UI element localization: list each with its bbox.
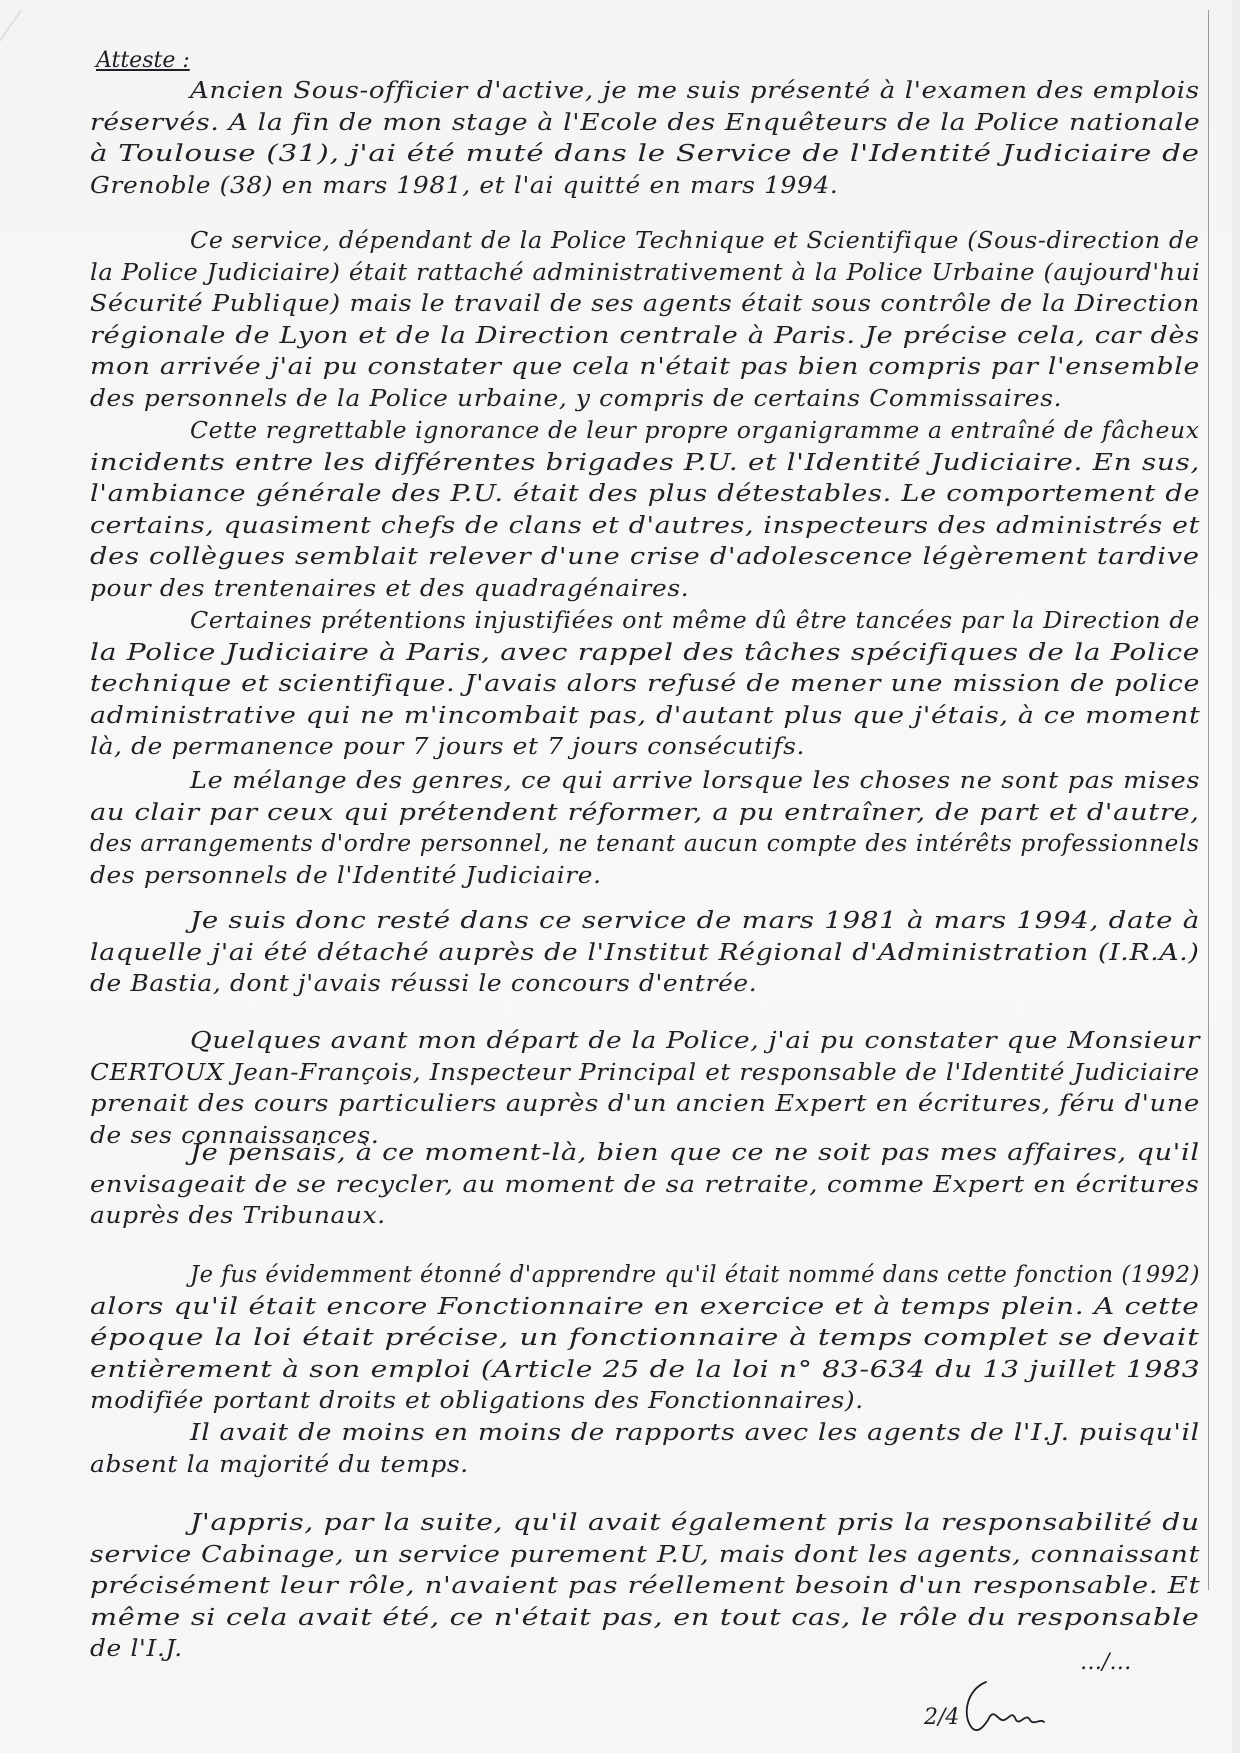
handwritten-line: Certaines prétentions injustifiées ont m… <box>190 608 1200 634</box>
handwritten-line: entièrement à son emploi (Article 25 de … <box>90 1357 1200 1383</box>
handwritten-line: à Toulouse (31), j'ai été muté dans le S… <box>90 141 1200 167</box>
handwritten-line: des collègues semblait relever d'une cri… <box>90 544 1200 570</box>
page-number: 2/4 <box>924 1705 959 1730</box>
handwritten-line: envisageait de se recycler, au moment de… <box>90 1172 1200 1198</box>
handwritten-line: prenait des cours particuliers auprès d'… <box>90 1091 1200 1117</box>
heading: Atteste : <box>96 48 190 73</box>
handwritten-line: même si cela avait été, ce n'était pas, … <box>90 1605 1200 1631</box>
document-page: Atteste : Ancien Sous-officier d'active,… <box>0 0 1240 1753</box>
handwritten-line: la Police Judiciaire) était rattaché adm… <box>90 260 1200 286</box>
handwritten-line: alors qu'il était encore Fonctionnaire e… <box>90 1294 1200 1320</box>
handwritten-line: absent la majorité du temps. <box>90 1452 469 1478</box>
handwritten-line: certains, quasiment chefs de clans et d'… <box>90 513 1200 539</box>
handwritten-line: Cette regrettable ignorance de leur prop… <box>190 418 1200 444</box>
handwritten-line: mon arrivée j'ai pu constater que cela n… <box>90 354 1200 380</box>
handwritten-line: service Cabinage, un service purement P.… <box>90 1542 1200 1568</box>
handwritten-line: des personnels de l'Identité Judiciaire. <box>90 863 602 889</box>
handwritten-line: CERTOUX Jean-François, Inspecteur Princi… <box>90 1060 1200 1086</box>
margin-rule <box>1208 10 1209 1590</box>
continuation-mark: …/… <box>1080 1650 1131 1675</box>
handwritten-line: de Bastia, dont j'avais réussi le concou… <box>90 971 757 997</box>
handwritten-line: régionale de Lyon et de la Direction cen… <box>90 323 1200 349</box>
handwritten-line: précisément leur rôle, n'avaient pas rée… <box>90 1573 1200 1599</box>
handwritten-line: J'appris, par la suite, qu'il avait égal… <box>190 1510 1200 1536</box>
handwritten-line: réservés. A la fin de mon stage à l'Ecol… <box>90 110 1200 136</box>
paper-crease <box>0 10 22 85</box>
handwritten-line: Ce service, dépendant de la Police Techn… <box>190 228 1200 254</box>
handwritten-line: Je fus évidemment étonné d'apprendre qu'… <box>190 1262 1200 1288</box>
handwritten-line: des arrangements d'ordre personnel, ne t… <box>90 831 1200 857</box>
handwritten-line: Il avait de moins en moins de rapports a… <box>190 1420 1200 1446</box>
handwritten-line: Quelques avant mon départ de la Police, … <box>190 1028 1200 1054</box>
handwritten-line: laquelle j'ai été détaché auprès de l'In… <box>90 940 1200 966</box>
handwritten-line: auprès des Tribunaux. <box>90 1203 386 1229</box>
handwritten-line: là, de permanence pour 7 jours et 7 jour… <box>90 734 805 760</box>
handwritten-line: Je pensais, à ce moment-là, bien que ce … <box>190 1140 1200 1166</box>
page-edge <box>1232 0 1240 1753</box>
handwritten-line: administrative qui ne m'incombait pas, d… <box>90 703 1200 729</box>
handwritten-line: la Police Judiciaire à Paris, avec rappe… <box>90 640 1200 666</box>
handwritten-line: Grenoble (38) en mars 1981, et l'ai quit… <box>90 173 838 199</box>
handwritten-line: de l'I.J. <box>90 1636 183 1662</box>
handwritten-line: pour des trentenaires et des quadragénai… <box>90 576 689 602</box>
handwritten-line: des personnels de la Police urbaine, y c… <box>90 386 1062 412</box>
handwritten-line: incidents entre les différentes brigades… <box>90 450 1200 476</box>
handwritten-line: l'ambiance générale des P.U. était des p… <box>90 481 1200 507</box>
handwritten-line: Le mélange des genres, ce qui arrive lor… <box>190 768 1200 794</box>
handwritten-line: époque la loi était précise, un fonction… <box>90 1325 1200 1351</box>
handwritten-line: technique et scientifique. J'avais alors… <box>90 671 1200 697</box>
signature <box>958 1676 1048 1734</box>
handwritten-line: Je suis donc resté dans ce service de ma… <box>190 908 1200 934</box>
handwritten-line: Sécurité Publique) mais le travail de se… <box>90 291 1200 317</box>
heading-text: Atteste : <box>96 48 190 73</box>
handwritten-line: modifiée portant droits et obligations d… <box>90 1388 864 1414</box>
handwritten-line: Ancien Sous-officier d'active, je me sui… <box>190 78 1200 104</box>
handwritten-line: au clair par ceux qui prétendent réforme… <box>90 800 1200 826</box>
